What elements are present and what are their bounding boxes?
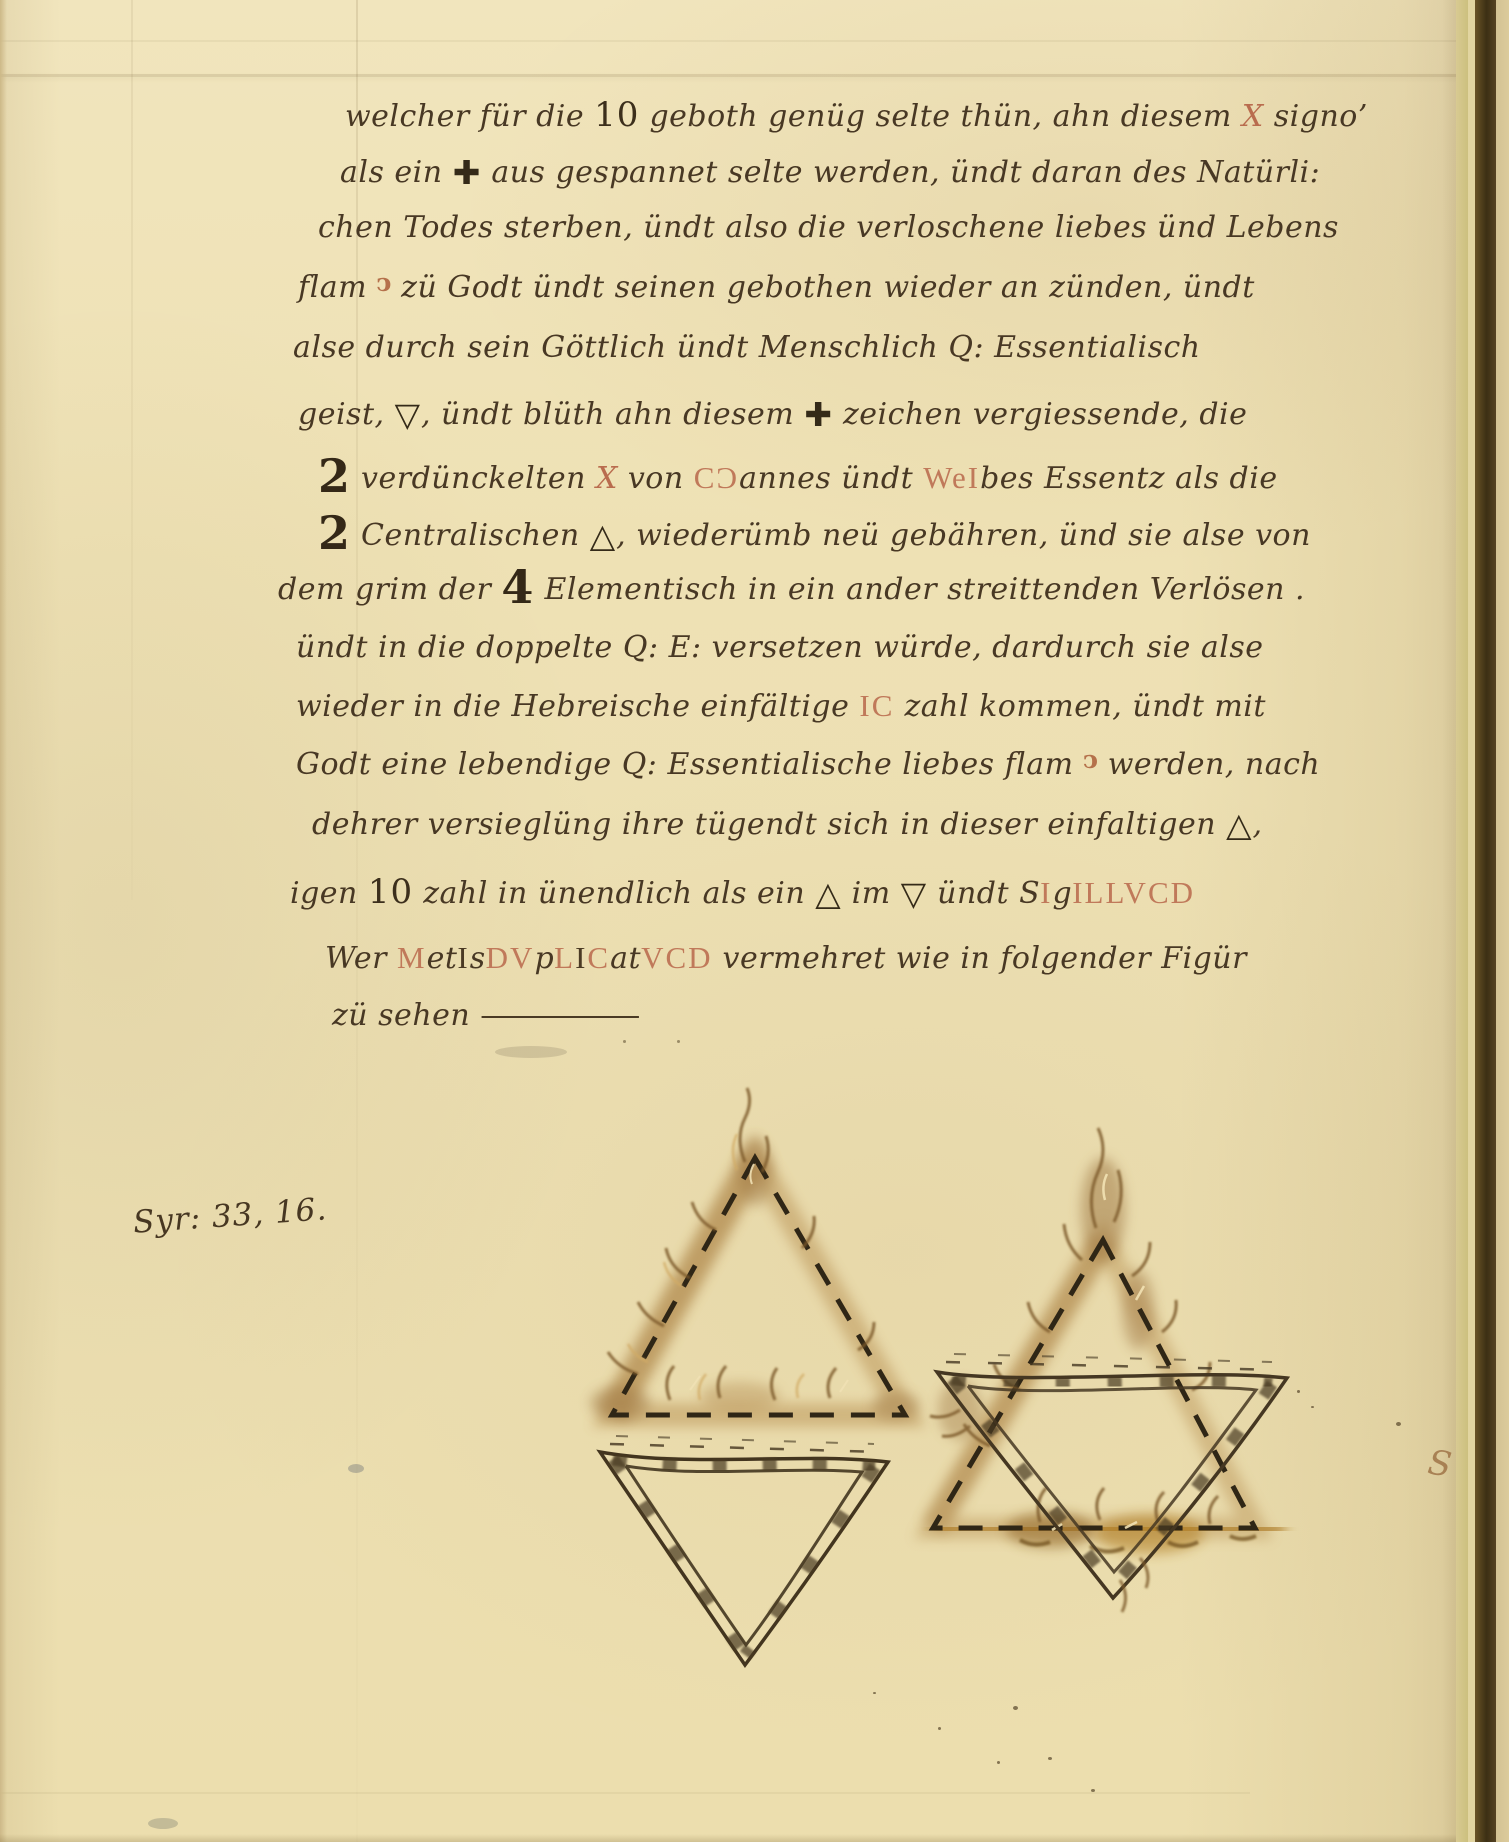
text-segment-ink: , <box>1253 807 1263 842</box>
manuscript-line-8: 2 Centralischen △, wiederümb neü gebähre… <box>318 516 1311 555</box>
text-segment-ink: flam <box>298 270 367 305</box>
ink-speck <box>1297 1390 1300 1393</box>
text-segment-ink: at <box>610 941 641 976</box>
text-segment-ink: et <box>427 941 458 976</box>
manuscript-line-11: wieder in die Hebreische einfältige IC z… <box>296 688 1266 724</box>
text-segment-ink: Elementisch in ein ander streittenden Ve… <box>534 572 1305 607</box>
ink-speck <box>623 1040 626 1043</box>
text-segment-sym: △ <box>815 874 841 913</box>
manuscript-line-5: alse durch sein Göttlich ündt Menschlich… <box>293 330 1201 365</box>
fire-triangle <box>590 1088 920 1420</box>
text-segment-ink: von <box>618 461 694 496</box>
text-segment-num: 10 <box>594 95 639 135</box>
manuscript-line-7: 2 verdünckelten X von CƆannes ündt WeIbe… <box>318 460 1278 496</box>
text-segment-ink: geboth genüg selte thün, ahn diesem <box>639 99 1241 134</box>
text-segment-ink: werden, nach <box>1108 747 1320 782</box>
manuscript-page: welcher für die 10 geboth genüg selte th… <box>0 0 1509 1842</box>
text-segment-ink: dehrer versieglüng ihre tügendt sich in … <box>312 807 1226 842</box>
text-segment-ink: zü sehen <box>332 998 480 1033</box>
text-segment-ink: ündt S <box>927 876 1040 911</box>
smudge-mark <box>348 1464 364 1473</box>
ink-speck <box>1048 1757 1052 1760</box>
text-segment-ink: verdünckelten <box>351 461 596 496</box>
figure-hexagram-seal <box>900 1110 1330 1670</box>
hexagram-fire-triangle <box>930 1128 1285 1554</box>
manuscript-line-14: igen 10 zahl in ünendlich als ein △ im ▽… <box>290 872 1195 913</box>
text-segment-sym: ✚ <box>804 395 833 434</box>
text-segment-red: X <box>1242 99 1264 134</box>
text-segment-ink: wieder in die Hebreische einfältige <box>296 689 859 724</box>
text-segment-ink: bes Essentz als die <box>980 461 1278 496</box>
text-segment-ink: aus gespannet selte werden, ündt daran d… <box>481 155 1320 190</box>
text-segment-ink: dem grim der <box>278 572 501 607</box>
manuscript-line-12: Godt eine lebendige Q: Essentialische li… <box>296 745 1320 782</box>
text-segment-caps: I <box>575 940 587 975</box>
text-segment-ink: Centralischen <box>351 518 590 553</box>
manuscript-line-10: ündt in die doppelte Q: E: versetzen wür… <box>296 630 1264 665</box>
text-segment-sym: △ <box>1226 805 1252 844</box>
manuscript-line-3: chen Todes sterben, ündt also die verlos… <box>318 210 1339 245</box>
text-segment-ink: igen <box>290 876 368 911</box>
manuscript-line-9: dem grim der 4 Elementisch in ein ander … <box>278 572 1305 607</box>
text-segment-ink: geist, <box>298 397 395 432</box>
text-segment-redcaps: ILLVCD <box>1072 875 1195 910</box>
ink-speck <box>677 1040 680 1043</box>
text-segment-ink: p <box>534 941 554 976</box>
manuscript-line-6: geist, ▽, ündt blüth ahn diesem ✚ zeiche… <box>298 395 1247 434</box>
smudge-mark <box>148 1818 178 1829</box>
smudge-mark <box>495 1046 567 1058</box>
text-segment-ink: zahl in ünendlich als ein <box>413 876 815 911</box>
ink-speck <box>1013 1706 1018 1710</box>
ink-speck <box>1396 1422 1401 1426</box>
text-segment-flame: ↄ <box>367 268 401 297</box>
text-segment-ink: , wiederümb neü gebähren, ünd sie alse v… <box>616 518 1311 553</box>
text-segment-ink: chen Todes sterben, ündt also die verlos… <box>318 210 1339 245</box>
manuscript-line-15: Wer MetIsDVpLICatVCD vermehret wie in fo… <box>325 940 1247 976</box>
text-segment-redcaps: C <box>587 940 610 975</box>
text-segment-sym: △ <box>590 516 616 555</box>
manuscript-line-13: dehrer versieglüng ihre tügendt sich in … <box>312 805 1263 844</box>
text-segment-ink: im <box>842 876 901 911</box>
text-segment-flame: ↄ <box>1074 745 1108 774</box>
text-segment-ink: g <box>1052 876 1072 911</box>
text-segment-big: 2 <box>318 506 351 560</box>
text-segment-big: 4 <box>501 560 534 614</box>
text-segment-ink: welcher für die <box>345 99 594 134</box>
text-segment-sym: ▽ <box>901 874 927 913</box>
text-segment-ink: zü Godt ündt seinen gebothen wieder an z… <box>401 270 1255 305</box>
text-segment-sym: ✚ <box>453 153 482 192</box>
text-segment-ink: alse durch sein Göttlich ündt Menschlich… <box>293 330 1201 365</box>
text-segment-dash: —————— <box>480 998 636 1033</box>
text-segment-ink: Wer <box>325 941 397 976</box>
text-segment-ink: ündt in die doppelte Q: E: versetzen wür… <box>296 630 1264 665</box>
ink-speck <box>1311 1406 1314 1408</box>
text-segment-big: 2 <box>318 449 351 503</box>
text-segment-ink: annes ündt <box>739 461 923 496</box>
ink-speck <box>938 1727 941 1730</box>
ink-speck <box>1091 1789 1095 1792</box>
text-segment-num: 10 <box>368 872 413 912</box>
text-segment-sym: ▽ <box>395 395 421 434</box>
text-segment-ink: zahl kommen, ündt mit <box>894 689 1266 724</box>
text-segment-redcaps: DV <box>486 940 535 975</box>
text-segment-redcaps: I <box>1040 875 1052 910</box>
ink-speck <box>873 1692 876 1694</box>
water-triangle <box>600 1436 888 1665</box>
text-segment-redcaps: WeI <box>923 460 980 495</box>
text-segment-ink: , ündt blüth ahn diesem <box>421 397 804 432</box>
text-segment-ink: s <box>470 941 486 976</box>
text-segment-ink: als ein <box>340 155 453 190</box>
ink-speck <box>997 1761 1000 1764</box>
figure-fire-triangle-over-water-triangle <box>540 1100 960 1720</box>
text-segment-redcaps: M <box>397 940 427 975</box>
text-segment-ink: signo’ <box>1264 99 1368 134</box>
text-segment-redcaps: L <box>554 940 575 975</box>
text-segment-ink: zeichen vergiessende, die <box>833 397 1247 432</box>
manuscript-line-4: flam ↄ zü Godt ündt seinen gebothen wied… <box>298 268 1255 305</box>
text-segment-redcaps: IC <box>859 688 894 723</box>
text-segment-caps: I <box>457 940 469 975</box>
text-segment-red: X <box>596 461 618 496</box>
text-segment-ink: Godt eine lebendige Q: Essentialische li… <box>296 747 1074 782</box>
text-segment-redcaps: CƆ <box>694 460 739 495</box>
text-segment-redcaps: VCD <box>641 940 712 975</box>
text-segment-ink: vermehret wie in folgender Figür <box>713 941 1247 976</box>
manuscript-line-16: zü sehen —————— <box>332 998 636 1033</box>
manuscript-line-1: welcher für die 10 geboth genüg selte th… <box>345 95 1368 135</box>
manuscript-line-2: als ein ✚ aus gespannet selte werden, ün… <box>340 153 1320 192</box>
